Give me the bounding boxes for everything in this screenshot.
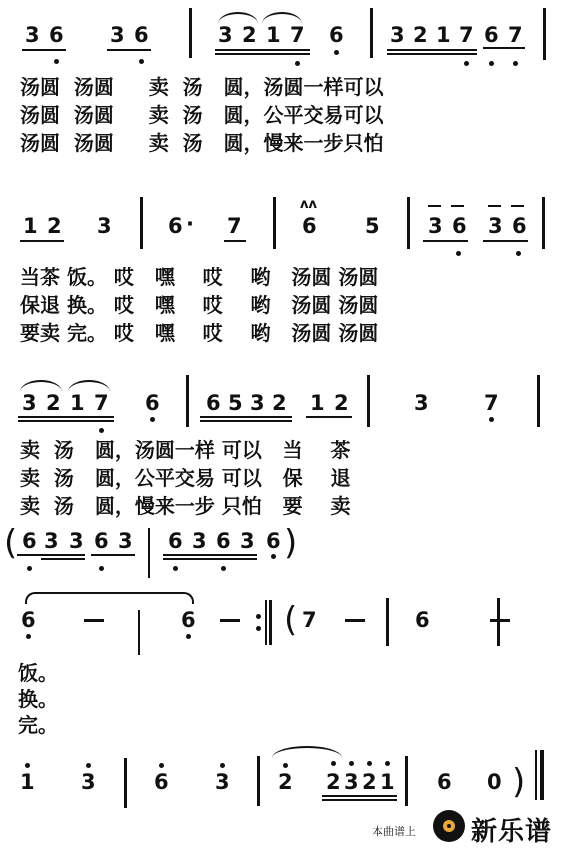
note: 6	[329, 24, 343, 46]
barline	[273, 197, 276, 249]
note: 2	[242, 24, 256, 46]
high-octave-dot	[331, 761, 336, 766]
repeat-dot	[256, 614, 261, 619]
low-octave-dot	[139, 59, 144, 64]
note: 7	[227, 215, 241, 237]
tremolo-ornament-icon: ʌʌ	[300, 199, 317, 211]
lyric-line: 饭。	[18, 659, 58, 687]
high-octave-dot	[220, 763, 225, 768]
low-octave-dot	[456, 251, 461, 256]
note: 3	[97, 215, 111, 237]
barline	[148, 528, 150, 578]
low-octave-dot	[186, 634, 191, 639]
sustain-dash	[345, 619, 365, 622]
beam	[483, 47, 525, 49]
tenuto	[428, 205, 441, 207]
note: 3	[428, 215, 442, 237]
low-octave-dot	[27, 566, 32, 571]
tenuto	[511, 205, 524, 207]
low-octave-dot	[489, 417, 494, 422]
beam	[41, 558, 85, 560]
lyric-line: 卖 汤 圆，慢来一步 只怕 要 卖	[20, 492, 351, 520]
high-octave-dot	[349, 761, 354, 766]
note: 6	[134, 24, 148, 46]
beam	[163, 554, 257, 556]
note: 7	[508, 24, 522, 46]
final-barline-thin	[535, 750, 537, 800]
beam	[306, 416, 352, 418]
note: 7	[94, 392, 108, 414]
barline	[370, 8, 373, 58]
barline	[138, 610, 140, 655]
note: 6	[168, 215, 182, 237]
note: 3	[250, 392, 264, 414]
final-barline-thick	[540, 750, 544, 800]
note: 7	[290, 24, 304, 46]
note: 3	[110, 24, 124, 46]
sustain-dash	[220, 619, 240, 622]
note: 1	[436, 24, 450, 46]
note: 6	[49, 24, 63, 46]
note: 6	[168, 530, 182, 552]
close-parenthesis: )	[284, 523, 297, 563]
note: 6	[154, 771, 168, 793]
open-parenthesis: (	[4, 523, 17, 563]
lyric-line: 汤圆 汤圆 卖 汤 圆，公平交易可以	[20, 101, 384, 129]
note: 3	[344, 771, 358, 793]
low-octave-dot	[295, 61, 300, 66]
note: 1	[310, 392, 324, 414]
close-parenthesis: )	[512, 762, 525, 802]
note: 3	[488, 215, 502, 237]
note: 1	[380, 771, 394, 793]
slur	[272, 746, 342, 758]
note: 7	[484, 392, 498, 414]
note: 6	[302, 215, 316, 237]
repeat-barline-thin	[265, 600, 267, 645]
note: 3	[240, 530, 254, 552]
note: 3	[192, 530, 206, 552]
lyric-line: 汤圆 汤圆 卖 汤 圆，慢来一步只怕	[20, 129, 384, 157]
vinyl-record-icon	[433, 810, 465, 842]
beam	[163, 558, 257, 560]
note: 3	[215, 771, 229, 793]
beam	[18, 420, 114, 422]
lyric-line: 汤圆 汤圆 卖 汤 圆，汤圆一样可以	[20, 73, 384, 101]
low-octave-dot	[489, 61, 494, 66]
brand-logo-text: 新乐谱	[471, 811, 552, 848]
beam	[224, 240, 246, 242]
lyric-line: 换。	[18, 685, 58, 713]
low-octave-dot	[334, 50, 339, 55]
note: 2	[334, 392, 348, 414]
note: 3	[390, 24, 404, 46]
beam	[107, 49, 151, 51]
note: 3	[44, 530, 58, 552]
low-octave-dot	[173, 566, 178, 571]
high-octave-dot	[25, 763, 30, 768]
barline	[543, 8, 546, 60]
note: 2	[278, 771, 292, 793]
note: 0	[487, 771, 501, 793]
low-octave-dot	[271, 554, 276, 559]
lyric-line: 要卖 完。 哎 嘿 哎 哟 汤圆 汤圆	[20, 319, 378, 347]
high-octave-dot	[385, 761, 390, 766]
note: 6	[512, 215, 526, 237]
high-octave-dot	[86, 763, 91, 768]
note: 3	[22, 392, 36, 414]
beam	[18, 416, 114, 418]
note: 6	[21, 609, 35, 631]
barline	[407, 197, 410, 249]
note: 2	[362, 771, 376, 793]
augmentation-dot: ·	[183, 213, 197, 235]
note: 6	[415, 609, 429, 631]
note: 3	[69, 530, 83, 552]
lyric-line: 完。	[18, 711, 58, 739]
tenuto	[451, 205, 464, 207]
note: 2	[413, 24, 427, 46]
high-octave-dot	[367, 761, 372, 766]
beam	[423, 240, 468, 242]
note: 6	[94, 530, 108, 552]
beam	[22, 49, 66, 51]
note: 3	[218, 24, 232, 46]
lyric-line: 当茶 饭。 哎 嘿 哎 哟 汤圆 汤圆	[20, 263, 378, 291]
note: 3	[414, 392, 428, 414]
note: 1	[70, 392, 84, 414]
note: 6	[452, 215, 466, 237]
repeat-dot	[256, 626, 261, 631]
sustain-dash	[84, 619, 104, 622]
beam	[483, 240, 528, 242]
note: 2	[326, 771, 340, 793]
high-octave-dot	[159, 763, 164, 768]
note: 6	[484, 24, 498, 46]
barline	[257, 756, 260, 806]
low-octave-dot	[516, 251, 521, 256]
barline	[186, 375, 189, 427]
low-octave-dot	[99, 566, 104, 571]
sustain-dash	[490, 619, 510, 622]
note: 6	[266, 530, 280, 552]
note: 1	[23, 215, 37, 237]
lyric-line: 保退 换。 哎 嘿 哎 哟 汤圆 汤圆	[20, 291, 378, 319]
note: 6	[216, 530, 230, 552]
note: 6	[181, 609, 195, 631]
low-octave-dot	[221, 566, 226, 571]
note: 5	[365, 215, 379, 237]
note: 3	[81, 771, 95, 793]
low-octave-dot	[513, 61, 518, 66]
beam	[322, 799, 397, 801]
beam	[387, 49, 477, 51]
note: 1	[266, 24, 280, 46]
low-octave-dot	[464, 61, 469, 66]
lyric-line: 卖 汤 圆，公平交易 可以 保 退	[20, 464, 351, 492]
low-octave-dot	[26, 634, 31, 639]
barline	[140, 197, 143, 249]
barline	[497, 598, 500, 646]
barline	[405, 756, 408, 806]
low-octave-dot	[54, 59, 59, 64]
low-octave-dot	[99, 428, 104, 433]
note: 3	[118, 530, 132, 552]
repeat-barline-thick	[269, 600, 272, 645]
beam	[17, 554, 85, 556]
barline	[189, 8, 192, 58]
note: 5	[228, 392, 242, 414]
note: 7	[302, 609, 316, 631]
barline	[367, 375, 370, 427]
note: 7	[459, 24, 473, 46]
beam	[200, 420, 292, 422]
beam	[322, 795, 397, 797]
beam	[91, 554, 135, 556]
beam	[215, 49, 310, 51]
beam	[387, 53, 477, 55]
note: 6	[437, 771, 451, 793]
note: 3	[25, 24, 39, 46]
beam	[20, 240, 64, 242]
barline	[386, 598, 389, 646]
note: 6	[206, 392, 220, 414]
tenuto	[488, 205, 501, 207]
low-octave-dot	[150, 417, 155, 422]
note: 2	[47, 215, 61, 237]
high-octave-dot	[283, 763, 288, 768]
barline	[542, 197, 545, 249]
barline	[537, 375, 540, 427]
note: 2	[46, 392, 60, 414]
note: 1	[20, 771, 34, 793]
beam	[215, 53, 310, 55]
lyric-line: 卖 汤 圆，汤圆一样 可以 当 茶	[20, 436, 351, 464]
note: 6	[22, 530, 36, 552]
watermark-caption: 本曲谱上	[372, 823, 416, 839]
tie	[25, 592, 194, 604]
barline	[124, 758, 127, 808]
beam	[200, 416, 292, 418]
open-parenthesis: (	[284, 600, 297, 640]
note: 6	[145, 392, 159, 414]
note: 2	[272, 392, 286, 414]
